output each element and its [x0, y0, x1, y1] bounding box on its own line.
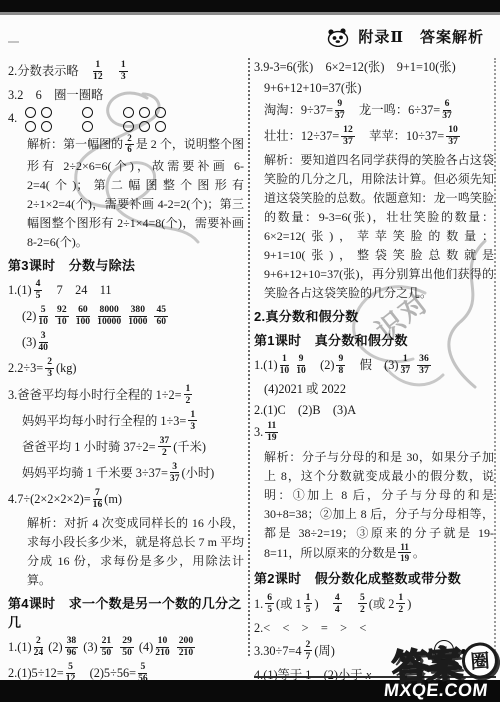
- circle-icon: [123, 107, 134, 118]
- denominator: 5: [267, 604, 272, 615]
- denominator: 40: [38, 343, 48, 354]
- text-run: 1.(1): [8, 283, 32, 297]
- circle-row: [25, 107, 52, 118]
- denominator: 37: [448, 137, 458, 148]
- fraction: 224: [34, 636, 44, 658]
- solution-paragraph: 解析：分子与分母的和是 30，如果分子加上 8，这个分数就变成最小的假分数，说明…: [254, 448, 494, 566]
- fraction: 26: [125, 134, 134, 155]
- numerator: 380: [129, 305, 147, 317]
- denominator: 8: [338, 366, 343, 377]
- text-run: 爸爸平均 1 小时骑 37÷2=: [22, 440, 156, 454]
- denominator: 10: [57, 317, 67, 328]
- answer-line: 淘淘：9÷37=937 龙一鸣：6÷37=637: [254, 99, 494, 123]
- fraction: 1037: [446, 125, 460, 147]
- denominator: 5: [36, 291, 41, 302]
- text-run: (周): [314, 643, 335, 657]
- fraction: 510: [38, 305, 48, 327]
- text-run: 2.2÷3=: [8, 361, 43, 375]
- numerator: 21: [100, 636, 114, 648]
- circle-icon: [139, 121, 150, 132]
- fraction: 1119: [398, 543, 411, 564]
- answer-line: 2.< < > = > <: [254, 619, 494, 638]
- text-run: 解析：第一幅图的: [27, 137, 123, 151]
- numerator: 2: [304, 640, 313, 652]
- fraction: 13: [119, 60, 128, 82]
- answer-line: 3.1119: [254, 421, 494, 445]
- circle-icon: [41, 107, 52, 118]
- text-run: 1.: [254, 597, 263, 611]
- numerator: 36: [417, 354, 431, 366]
- text-run: 淘淘：9÷37=: [264, 103, 333, 117]
- text-run: 7 24 11: [44, 283, 111, 297]
- denominator: 7: [306, 651, 311, 662]
- denominator: 16: [93, 500, 103, 511]
- numerator: 200: [177, 636, 195, 648]
- text-run: [105, 64, 117, 78]
- numerator: 10: [446, 125, 460, 137]
- text-run: 3.2 6 圈一圈略: [8, 88, 103, 102]
- text-run: [71, 309, 74, 323]
- text-run: (kg): [56, 361, 77, 375]
- numerator: 9: [335, 99, 344, 111]
- text-run: [344, 597, 356, 611]
- numerator: 11: [398, 543, 411, 554]
- section-heading: 第3课时 分数与除法: [8, 257, 244, 276]
- numerator: 2: [125, 134, 134, 145]
- denominator: 100: [76, 317, 90, 328]
- answer-line: 妈妈平均骑 1 千米要 3÷37=337(小时): [8, 462, 244, 486]
- denominator: 37: [419, 366, 429, 377]
- denominator: 37: [442, 111, 452, 122]
- numerator: 2: [34, 636, 43, 648]
- text-run: (4)2021 或 2022: [264, 382, 346, 396]
- circle-row: [82, 107, 93, 118]
- numerator: 5: [66, 662, 75, 674]
- denominator: 60: [156, 317, 166, 328]
- circle-icon: [123, 121, 134, 132]
- circle-icon: [25, 121, 36, 132]
- text-run: (2)5÷56=: [77, 666, 136, 680]
- denominator: 2: [186, 395, 191, 406]
- text-run: 3.30÷7=4: [254, 643, 302, 657]
- denominator: 10: [296, 366, 306, 377]
- denominator: 96: [67, 648, 77, 659]
- answer-line: 1.(1)224 (2)3896 (3)2150 2950 (4)10210 2…: [8, 636, 244, 660]
- answer-page: 附录Ⅱ 答案解析 识对 2.分数表示略 112 133.2 6 圈一圈略4.解析…: [0, 0, 500, 702]
- text-run: [172, 640, 175, 654]
- fraction: 110: [280, 354, 290, 376]
- text-run: 妈妈平均骑 1 千米要 3÷37=: [22, 466, 168, 480]
- page-title: 附录Ⅱ 答案解析: [358, 26, 484, 47]
- numerator: 12: [341, 125, 355, 137]
- text-run: (3): [22, 335, 36, 349]
- denominator: 10000: [97, 317, 121, 328]
- denominator: 19: [267, 433, 277, 444]
- circle-icon: [25, 107, 36, 118]
- answer-line: 3.9-3=6(张) 6×2=12(张) 9+1=10(张): [254, 58, 494, 77]
- item-label: 4.: [8, 111, 17, 125]
- numerator: 3: [39, 331, 48, 343]
- numerator: 38: [65, 636, 79, 648]
- fraction: 2950: [120, 636, 134, 658]
- answer-line: 3.2 6 圈一圈略: [8, 86, 244, 105]
- denominator: 4: [335, 604, 340, 615]
- fraction: 137: [401, 354, 411, 376]
- numerator: 1: [280, 354, 289, 366]
- circle-group: [25, 107, 52, 132]
- answer-line: 9+6+12+10=37(张): [254, 79, 494, 98]
- circle-group: [82, 107, 93, 132]
- fraction: 716: [93, 488, 103, 510]
- numerator: 6: [443, 99, 452, 111]
- denominator: 10: [38, 317, 48, 328]
- numerator: 37: [158, 436, 172, 448]
- circle-row: [82, 121, 93, 132]
- answer-site-logo: 答案 圈: [390, 633, 499, 691]
- section-heading: 2.真分数和假分数: [254, 308, 494, 327]
- text-run: 龙一鸣：6÷37=: [347, 103, 441, 117]
- numerator: 45: [154, 305, 168, 317]
- text-run: ): [407, 597, 411, 611]
- numerator: 60: [76, 305, 90, 317]
- fraction: 3637: [417, 354, 431, 376]
- numerator: 1: [93, 60, 102, 72]
- numerator: 1: [188, 410, 197, 422]
- denominator: 12: [93, 72, 103, 83]
- text-run: [149, 309, 152, 323]
- fraction: 2150: [100, 636, 114, 658]
- answer-line: (2)510 9210 60100 800010000 3801000 4560: [8, 305, 244, 329]
- answer-line: 3.爸爸平均每小时行全程的 1÷2=12: [8, 384, 244, 408]
- fraction: 13: [188, 410, 197, 432]
- solution-paragraph: 解析：对折 4 次变成同样长的 16 小段，求每小段长多少米，就是将总长 7 m…: [8, 514, 244, 590]
- denominator: 2: [398, 604, 403, 615]
- fraction: 937: [335, 99, 345, 121]
- fraction: 637: [442, 99, 452, 121]
- text-run: 假 (3): [347, 358, 398, 372]
- numerator: 4: [34, 279, 43, 291]
- text-run: (小时): [181, 466, 214, 480]
- circle-exercise-row: 4.: [8, 107, 244, 132]
- logo-badge: 圈: [461, 641, 499, 679]
- answer-line: (4)2021 或 2022: [254, 380, 494, 399]
- denominator: 3: [190, 421, 195, 432]
- text-run: ): [314, 597, 330, 611]
- numerator: 29: [120, 636, 134, 648]
- top-edge-bar: [0, 0, 500, 15]
- text-run: (m): [104, 492, 122, 506]
- text-run: [92, 309, 95, 323]
- fraction: 27: [304, 640, 313, 662]
- numerator: 5: [138, 662, 147, 674]
- text-run: (2): [308, 358, 335, 372]
- text-run: (或 2: [369, 597, 395, 611]
- circle-icon: [139, 107, 150, 118]
- text-run: [115, 640, 118, 654]
- text-run: (2): [45, 640, 62, 654]
- right-column: 3.9-3=6(张) 6×2=12(张) 9+1=10(张)9+6+12+10=…: [254, 58, 494, 702]
- circle-icon: [82, 121, 93, 132]
- numerator: 1: [401, 354, 410, 366]
- denominator: 2: [162, 447, 167, 458]
- logo-text: 答案: [390, 636, 461, 692]
- text-run: 1.(1): [254, 358, 278, 372]
- text-run: 妈妈平均每小时行全程的 1÷3=: [22, 414, 186, 428]
- answer-line: 爸爸平均 1 小时骑 37÷2=372(千米): [8, 436, 244, 460]
- fraction: 12: [184, 384, 193, 406]
- solution-paragraph: 解析：要知道四名同学获得的笑脸各占这袋笑脸的几分之几，用除法计算。但必须先知道这…: [254, 151, 494, 303]
- numerator: 92: [55, 305, 69, 317]
- text-run: 1.(1): [8, 640, 32, 654]
- numerator: 6: [265, 593, 274, 605]
- fraction: 60100: [76, 305, 90, 327]
- answer-line: 1.65(或 115) 44 52(或 212): [254, 593, 494, 617]
- text-run: 2.分数表示略: [8, 64, 91, 78]
- numerator: 2: [45, 357, 54, 369]
- numerator: 5: [39, 305, 48, 317]
- text-run: 苹苹：10÷37=: [357, 129, 444, 143]
- denominator: 6: [127, 145, 132, 155]
- text-run: 2.(1)5÷12=: [8, 666, 64, 680]
- panda-icon: [325, 27, 351, 47]
- denominator: 210: [179, 648, 193, 659]
- numerator: 1: [304, 593, 313, 605]
- text-run: 壮壮：12÷37=: [264, 129, 339, 143]
- left-column: 2.分数表示略 112 133.2 6 圈一圈略4.解析：第一幅图的26是 2 …: [8, 58, 244, 688]
- circle-row: [25, 121, 52, 132]
- denominator: 50: [102, 648, 112, 659]
- column-divider: [248, 58, 250, 656]
- denominator: 37: [335, 111, 345, 122]
- fraction: 1237: [341, 125, 355, 147]
- numerator: 1: [396, 593, 405, 605]
- fraction: 200210: [177, 636, 195, 658]
- circle-row: [123, 107, 166, 118]
- text-run: (2): [22, 309, 36, 323]
- section-heading: 第2课时 假分数化成整数或带分数: [254, 570, 494, 589]
- solution-paragraph: 解析：第一幅图的26是 2 个，说明整个图形有 2÷2×6=6(个)，故需要补画…: [8, 134, 244, 252]
- circle-row: [123, 121, 166, 132]
- text-run: 4.7÷(2×2×2×2)=: [8, 492, 91, 506]
- scan-mark: [8, 41, 19, 43]
- numerator: 8000: [98, 305, 121, 317]
- circle-group: [123, 107, 166, 132]
- fraction: 98: [336, 354, 345, 376]
- text-run: 解析：分子与分母的和是 30，如果分子加上 8，这个分数就变成最小的假分数，说明…: [264, 450, 494, 560]
- fraction: 44: [333, 593, 342, 615]
- text-run: 解析：要知道四名同学获得的笑脸各占这袋笑脸的几分之几，用除法计算。但必须先知道这…: [264, 153, 494, 300]
- circle-icon: [41, 121, 52, 132]
- answer-line: 1.(1)45 7 24 11: [8, 279, 244, 303]
- fraction: 910: [296, 354, 306, 376]
- text-run: 3.9-3=6(张) 6×2=12(张) 9+1=10(张): [254, 60, 456, 74]
- text-run: 2.< < > = > <: [254, 621, 366, 635]
- text-run: [291, 358, 294, 372]
- text-run: (或 1: [276, 597, 302, 611]
- circle-icon: [82, 107, 93, 118]
- text-run: [50, 309, 53, 323]
- denominator: 210: [155, 648, 169, 659]
- text-run: 2.(1)C (2)B (3)A: [254, 403, 356, 417]
- fraction: 3801000: [128, 305, 147, 327]
- fraction: 1119: [265, 421, 278, 443]
- answer-line: 2.(1)C (2)B (3)A: [254, 401, 494, 420]
- text-run: 9+6+12+10=37(张): [264, 81, 361, 95]
- denominator: 19: [400, 553, 409, 563]
- section-heading: 第4课时 求一个数是另一个数的几分之几: [8, 595, 244, 632]
- answer-line: 4.7÷(2×2×2×2)=716(m): [8, 488, 244, 512]
- fraction: 10210: [155, 636, 169, 658]
- answer-line: 2.2÷3=23(kg): [8, 357, 244, 381]
- numerator: 9: [297, 354, 306, 366]
- answer-line: 妈妈平均每小时行全程的 1÷3=13: [8, 410, 244, 434]
- denominator: 2: [360, 604, 365, 615]
- fraction: 800010000: [97, 305, 121, 327]
- text-run: 解析：对折 4 次变成同样长的 16 小段，求每小段长多少米，就是将总长 7 m…: [27, 516, 244, 587]
- circle-icon: [155, 121, 166, 132]
- denominator: 10: [280, 366, 290, 377]
- circle-icon: [155, 107, 166, 118]
- text-run: (4): [136, 640, 153, 654]
- fraction: 372: [158, 436, 172, 458]
- numerator: 1: [119, 60, 128, 72]
- fraction: 45: [34, 279, 43, 301]
- answer-line: 2.分数表示略 112 13: [8, 60, 244, 84]
- denominator: 5: [306, 604, 311, 615]
- denominator: 37: [401, 366, 411, 377]
- fraction: 337: [170, 462, 180, 484]
- fraction: 23: [45, 357, 54, 379]
- answer-line: 壮壮：12÷37=1237 苹苹：10÷37=1037: [254, 125, 494, 149]
- denominator: 37: [343, 137, 353, 148]
- answer-line: 1.(1)110 910 (2)98 假 (3)137 3637: [254, 354, 494, 378]
- fraction: 340: [38, 331, 48, 353]
- denominator: 50: [122, 648, 132, 659]
- text-run: [123, 309, 126, 323]
- numerator: 10: [156, 636, 170, 648]
- answer-line: (3)340: [8, 331, 244, 355]
- text-run: [412, 358, 415, 372]
- numerator: 5: [358, 593, 367, 605]
- denominator: 3: [121, 72, 126, 83]
- denominator: 37: [170, 473, 180, 484]
- text-run: (千米): [173, 440, 206, 454]
- fraction: 65: [265, 593, 274, 615]
- text-run: 3.: [254, 425, 263, 439]
- header: 附录Ⅱ 答案解析: [325, 26, 484, 47]
- denominator: 1000: [128, 317, 147, 328]
- numerator: 11: [265, 421, 278, 433]
- right-edge-line: [494, 58, 496, 662]
- text-run: (3): [80, 640, 97, 654]
- fraction: 15: [304, 593, 313, 615]
- text-run: 是 2 个，说明整个图形有 2÷2×6=6(个)，故需要补画 6-2=4(个)；…: [27, 137, 244, 249]
- text-run: 。: [413, 546, 425, 560]
- fraction: 112: [93, 60, 103, 82]
- fraction: 9210: [55, 305, 69, 327]
- denominator: 24: [34, 648, 44, 659]
- numerator: 3: [170, 462, 179, 474]
- text-run: 3.爸爸平均每小时行全程的 1÷2=: [8, 387, 182, 401]
- denominator: 3: [47, 369, 52, 380]
- section-heading: 第1课时 真分数和假分数: [254, 332, 494, 351]
- fraction: 52: [358, 593, 367, 615]
- numerator: 4: [333, 593, 342, 605]
- fraction: 4560: [154, 305, 168, 327]
- fraction: 12: [396, 593, 405, 615]
- numerator: 9: [336, 354, 345, 366]
- fraction: 3896: [65, 636, 79, 658]
- numerator: 1: [184, 384, 193, 396]
- numerator: 7: [93, 488, 102, 500]
